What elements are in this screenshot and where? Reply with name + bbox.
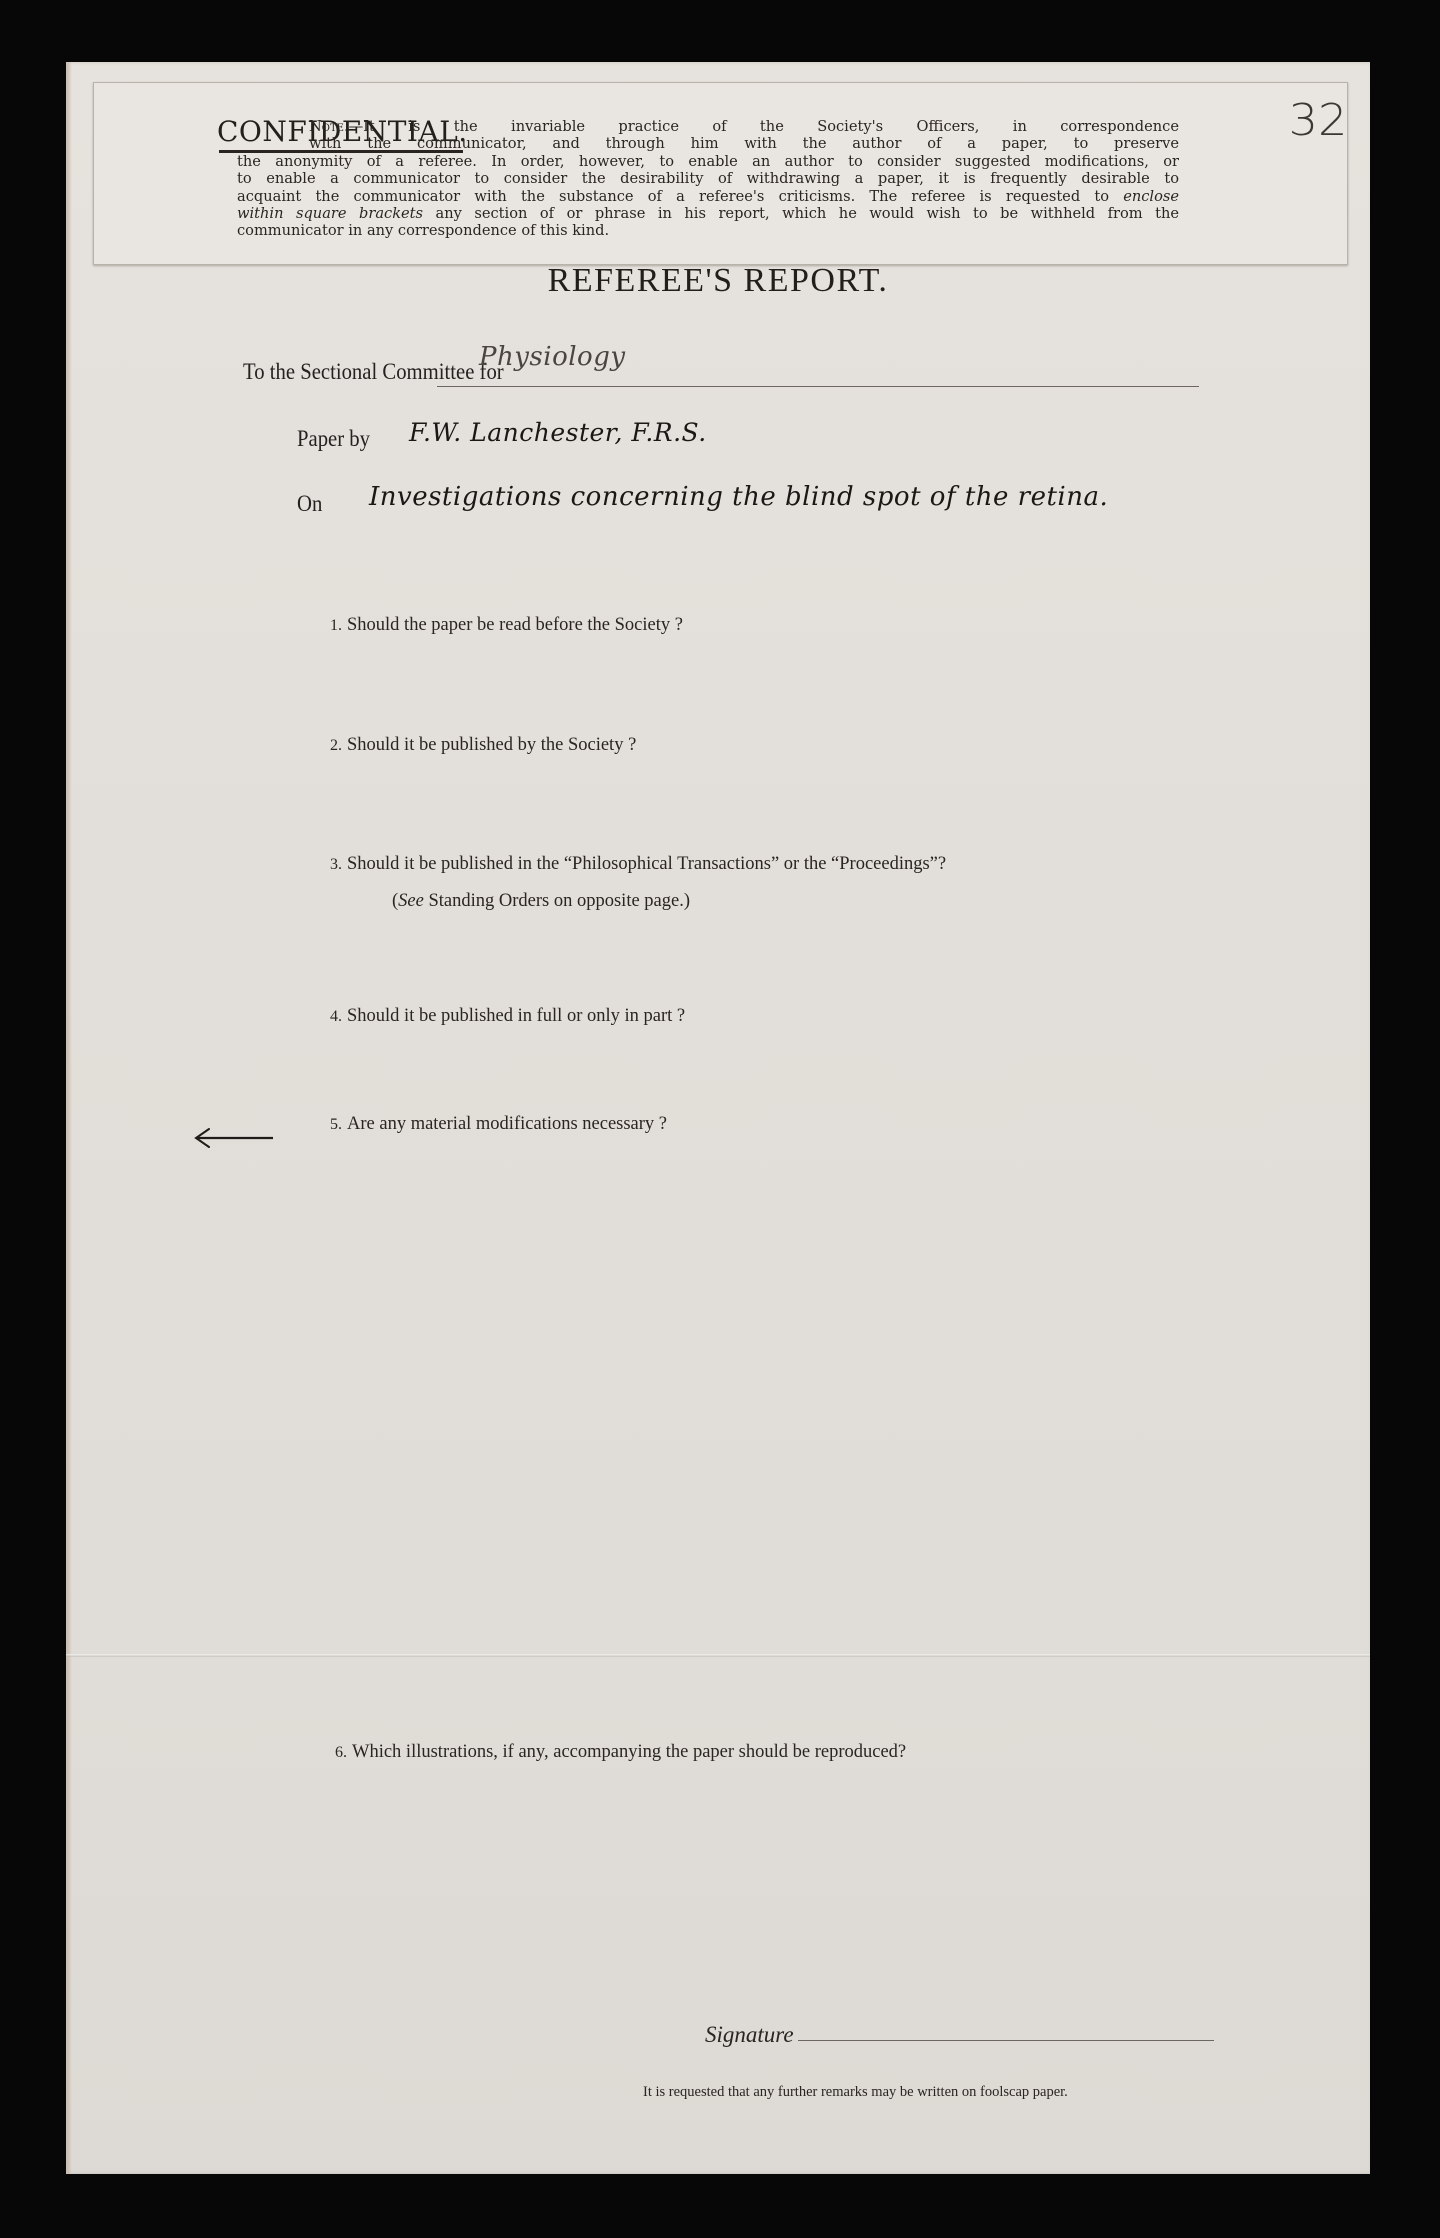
committee-value: Physiology [479,342,626,372]
question-1: 1.Should the paper be read before the So… [330,615,683,636]
note-line-3: the anonymity of a referee. In order, ho… [237,153,1179,170]
question-4: 4.Should it be published in full or only… [330,1006,685,1027]
note-lead: Note. [309,118,349,135]
subject-field: On [297,491,325,517]
left-arrow-icon [193,1125,275,1151]
standing-orders-note: (See Standing Orders on opposite page.) [392,891,690,912]
confidential-note: Note.—It is the invariable practice of t… [309,118,1179,240]
referee-report-sheet: CONFIDENTIAL. Note.—It is the invariable… [66,62,1370,2174]
question-3: 3.Should it be published in the “Philoso… [330,854,946,875]
page-title: REFEREE'S REPORT. [66,262,1370,300]
author-value: F.W. Lanchester, F.R.S. [409,418,707,447]
question-2: 2.Should it be published by the Society … [330,735,636,756]
note-line-6: within square brackets any section of or… [237,205,1179,222]
signature-label: Signature [705,2022,794,2048]
subject-label: On [297,491,322,517]
paper-fold-crease [66,1654,1370,1657]
note-line-7: communicator in any correspondence of th… [237,222,1179,239]
committee-label: To the Sectional Committee for [243,359,504,385]
note-line-2: with the communicator, and through him w… [309,135,1179,152]
note-line-1: Note.—It is the invariable practice of t… [309,118,1179,135]
footer-note: It is requested that any further remarks… [643,2084,1068,2101]
folio-number: 32 [1289,95,1348,146]
author-label: Paper by [297,426,370,452]
author-field: Paper by [297,426,378,452]
question-5: 5.Are any material modifications necessa… [330,1114,667,1135]
question-6: 6.Which illustrations, if any, accompany… [335,1742,906,1763]
signature-line [798,2040,1214,2041]
paper-edge [66,62,72,2174]
note-line-5: acquaint the communicator with the subst… [237,188,1179,205]
subject-value: Investigations concerning the blind spot… [369,482,1108,512]
committee-fill-line [437,386,1199,387]
confidential-notice-label: CONFIDENTIAL. Note.—It is the invariable… [93,82,1348,265]
note-line-4: to enable a communicator to consider the… [237,170,1179,187]
